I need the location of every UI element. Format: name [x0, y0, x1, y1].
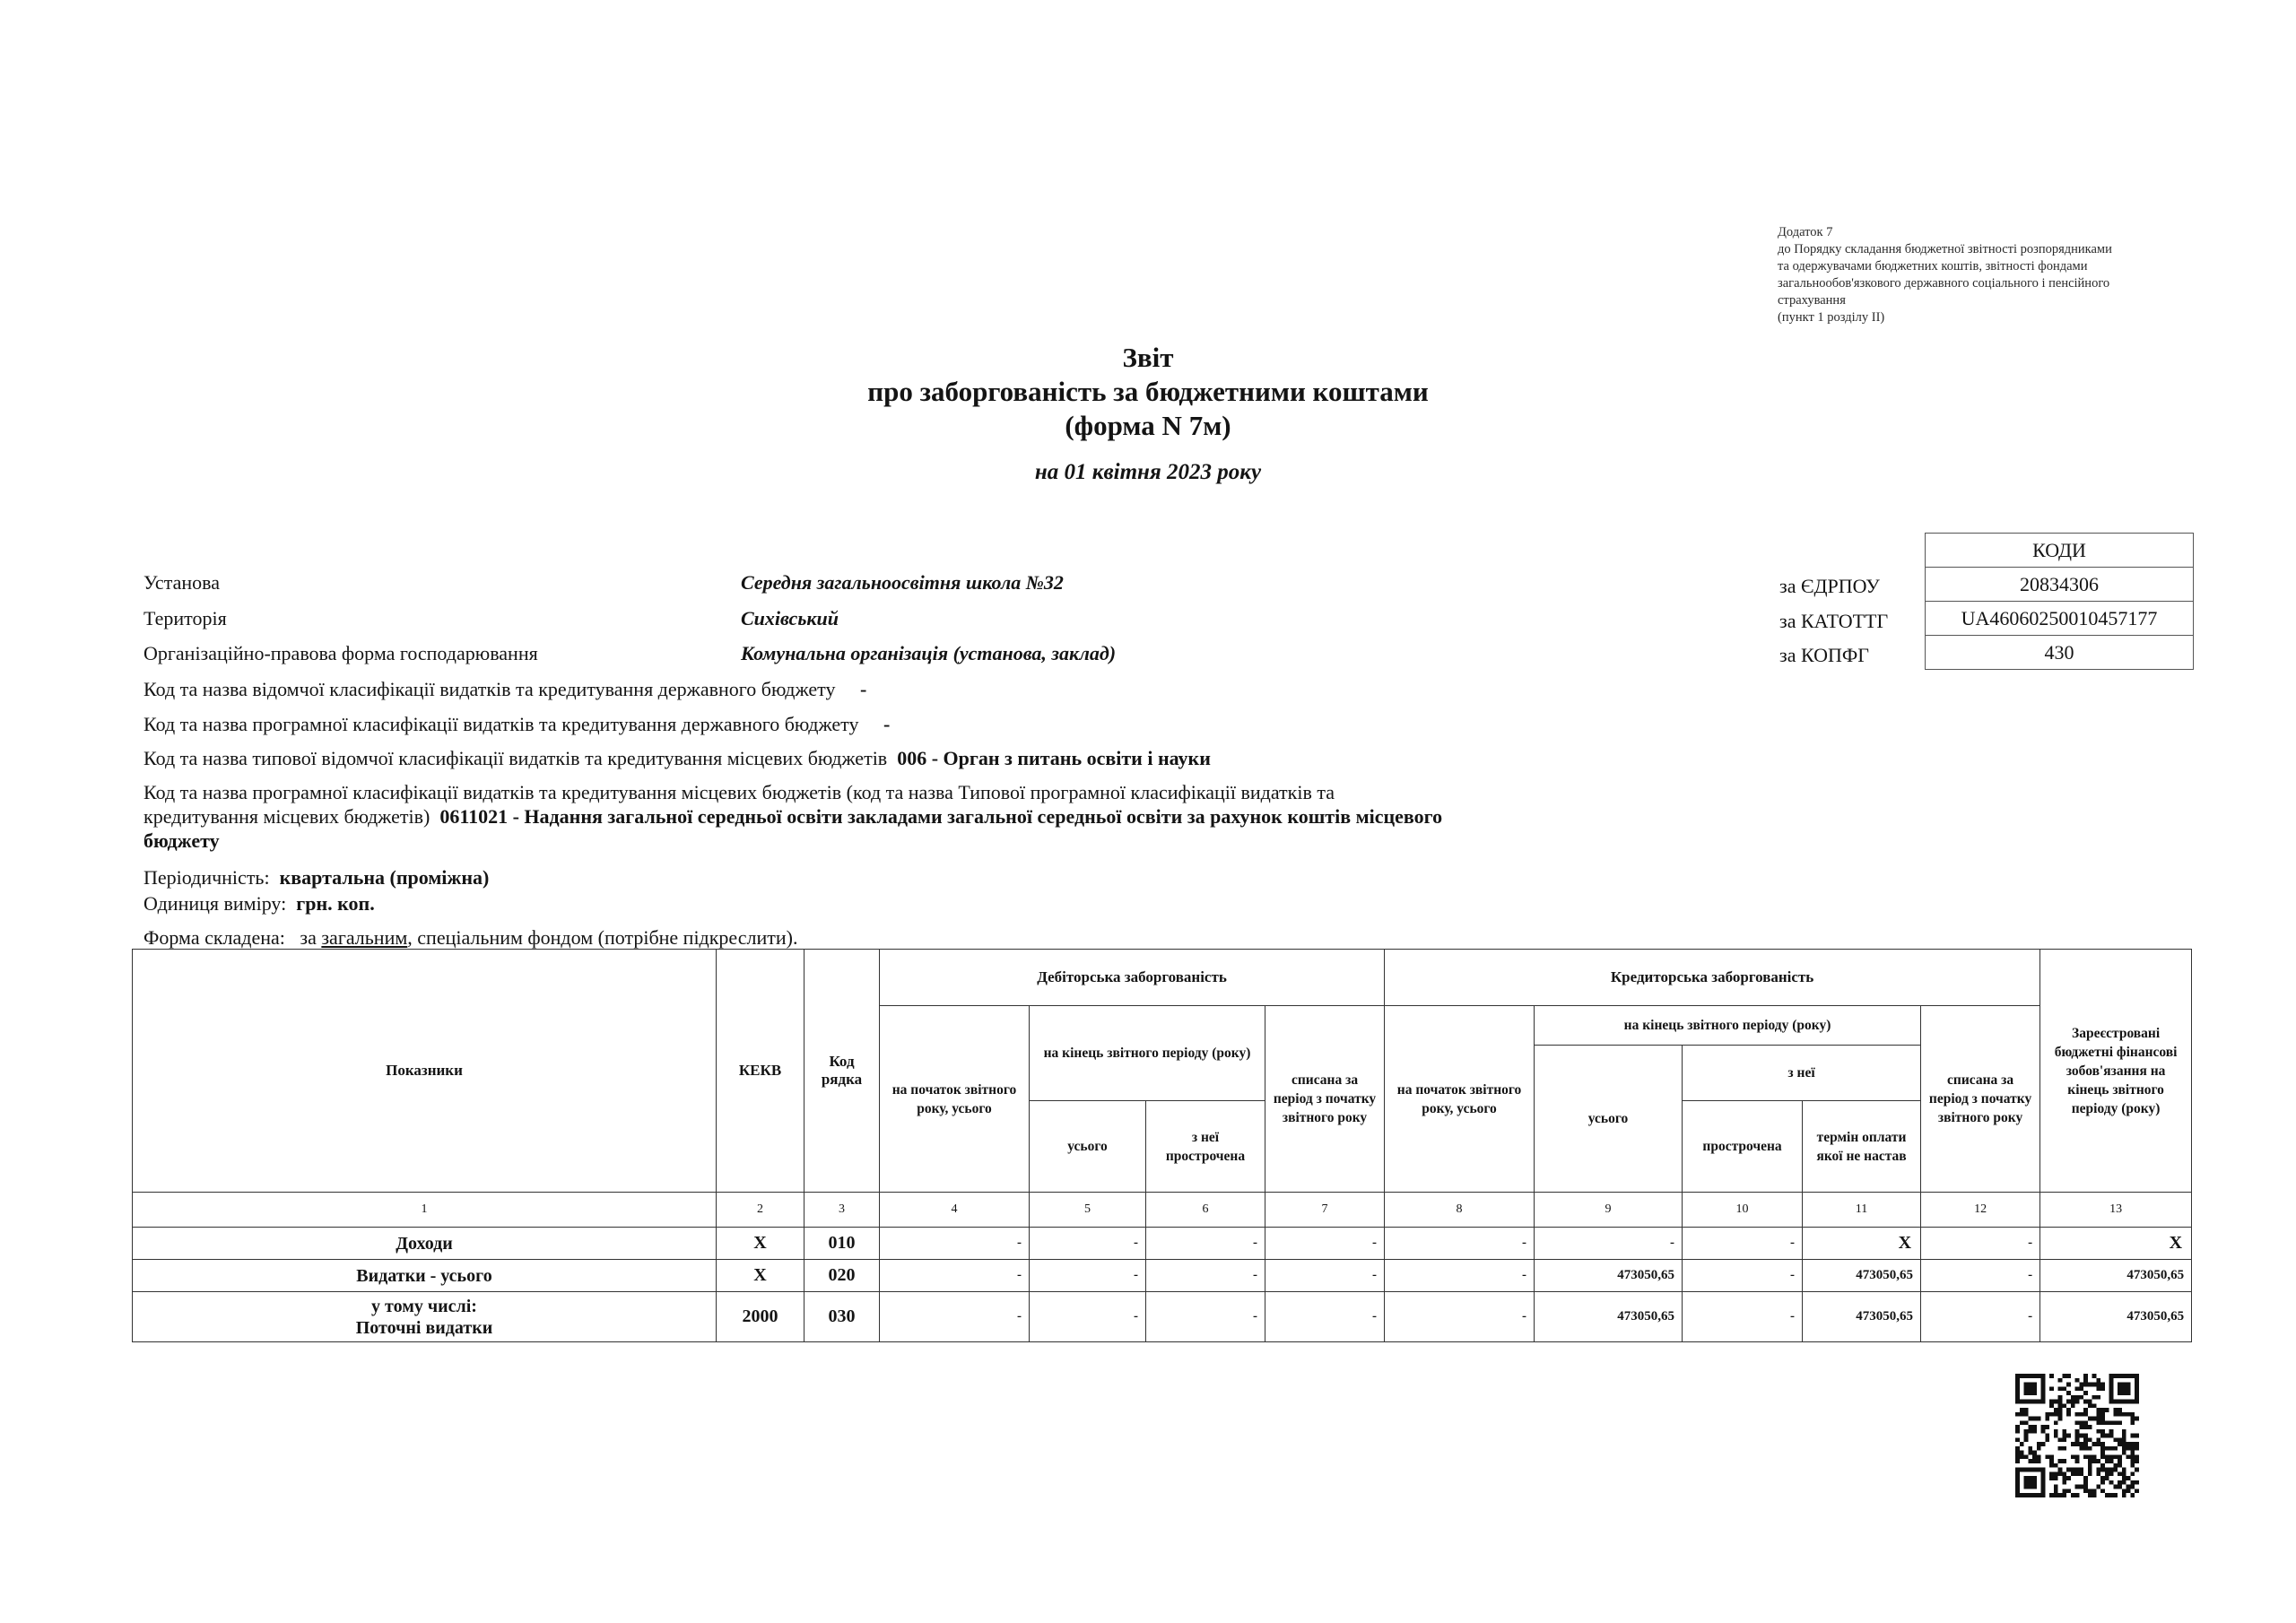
row-value: -	[880, 1260, 1030, 1292]
prog-class-state-label: Код та назва програмної класифікації вид…	[143, 713, 858, 735]
header-credit-start: на початок звітного року, усього	[1385, 1006, 1535, 1193]
institution-name: Середня загальноосвітня школа №32	[741, 571, 1064, 594]
column-number: 4	[880, 1193, 1030, 1228]
row-value: -	[1146, 1260, 1265, 1292]
header-debit-written-off: списана за період з початку звітного рок…	[1265, 1006, 1385, 1193]
row-value: -	[1921, 1260, 2040, 1292]
column-number: 10	[1683, 1193, 1803, 1228]
org-form-value: Комунальна організація (установа, заклад…	[741, 642, 1116, 665]
row-value: 473050,65	[1535, 1260, 1683, 1292]
column-number: 1	[133, 1193, 717, 1228]
header-registered: Зареєстровані бюджетні фінансові зобов'я…	[2040, 950, 2192, 1193]
row-value: -	[1683, 1260, 1803, 1292]
column-number: 3	[804, 1193, 880, 1228]
territory-name: Сихівський	[741, 607, 839, 629]
document-title: Звіт про заборгованість за бюджетними ко…	[0, 341, 2296, 486]
row-kekv: 2000	[717, 1292, 804, 1342]
row-value: X	[1803, 1228, 1921, 1260]
prog-class-local-value-1: 0611021 - Надання загальної середньої ос…	[439, 805, 1442, 828]
row-value: -	[1146, 1292, 1265, 1342]
column-number: 6	[1146, 1193, 1265, 1228]
fund-form-rest: , спеціальним фондом (потрібне підкресли…	[407, 926, 797, 949]
code-label-edrpou: за ЄДРПОУ	[1779, 575, 1880, 598]
prog-class-state-value: -	[883, 713, 890, 735]
header-row-code: Код рядка	[804, 950, 880, 1193]
column-number: 12	[1921, 1193, 2040, 1228]
unit-value: грн. коп.	[296, 892, 374, 915]
header-credit-end: на кінець звітного періоду (року)	[1535, 1006, 1921, 1046]
code-kopfg: 430	[1926, 636, 2194, 670]
institution-label: Установа	[143, 571, 220, 595]
row-indicator: у тому числі:Поточні видатки	[133, 1292, 717, 1342]
dept-class-local-value: 006 - Орган з питань освіти і науки	[897, 747, 1211, 769]
row-indicator-text: Доходи	[138, 1233, 710, 1254]
row-value: 473050,65	[1803, 1292, 1921, 1342]
row-value: -	[1030, 1228, 1146, 1260]
row-value: -	[1385, 1292, 1535, 1342]
header-debit-end-total: усього	[1030, 1101, 1146, 1193]
table-row: Видатки - усьогоX020-----473050,65-47305…	[133, 1260, 2192, 1292]
row-value: -	[1921, 1292, 2040, 1342]
dept-class-state: Код та назва відомчої класифікації видат…	[143, 678, 866, 701]
periodicity: Періодичність: квартальна (проміжна)	[143, 866, 489, 890]
column-number: 7	[1265, 1193, 1385, 1228]
row-value: -	[1265, 1260, 1385, 1292]
row-code: 030	[804, 1292, 880, 1342]
row-value: -	[1385, 1260, 1535, 1292]
row-kekv: X	[717, 1260, 804, 1292]
prog-class-local-line-3: бюджету	[143, 829, 220, 853]
prog-class-local-line-2: кредитування місцевих бюджетів) 0611021 …	[143, 805, 1442, 829]
codes-table: КОДИ 20834306 UA46060250010457177 430	[1925, 533, 2194, 670]
row-value: -	[1265, 1228, 1385, 1260]
table-row: у тому числі:Поточні видатки2000030-----…	[133, 1292, 2192, 1342]
row-value: -	[1265, 1292, 1385, 1342]
appendix-line: страхування	[1778, 292, 2208, 309]
row-value: -	[1683, 1228, 1803, 1260]
column-number: 8	[1385, 1193, 1535, 1228]
code-label-katottg: за КАТОТТГ	[1779, 610, 1888, 633]
row-indicator: Доходи	[133, 1228, 717, 1260]
fund-general: загальним	[321, 926, 407, 949]
header-debit-start: на початок звітного року, усього	[880, 1006, 1030, 1193]
prog-class-local-label-1: Код та назва програмної класифікації вид…	[143, 781, 1335, 804]
prog-class-local-value-2: бюджету	[143, 829, 220, 852]
fund-form: Форма складена: за загальним, спеціальни…	[143, 926, 797, 950]
header-credit-overdue: прострочена	[1683, 1101, 1803, 1193]
column-number: 11	[1803, 1193, 1921, 1228]
row-value: -	[880, 1228, 1030, 1260]
row-indicator-text: Видатки - усього	[138, 1265, 710, 1287]
column-number: 9	[1535, 1193, 1683, 1228]
column-numbers-row: 12345678910111213	[133, 1193, 2192, 1228]
title-line-1: Звіт	[0, 341, 2296, 375]
appendix-line: та одержувачами бюджетних коштів, звітно…	[1778, 258, 2208, 275]
codes-header: КОДИ	[1926, 534, 2194, 568]
code-edrpou: 20834306	[1926, 568, 2194, 602]
institution-value: Середня загальноосвітня школа №32	[741, 571, 1064, 595]
periodicity-label: Періодичність:	[143, 866, 270, 889]
territory-label: Територія	[143, 607, 227, 630]
row-code: 020	[804, 1260, 880, 1292]
row-code: 010	[804, 1228, 880, 1260]
qr-code-icon	[2015, 1374, 2139, 1497]
header-credit-written-off: списана за період з початку звітного рок…	[1921, 1006, 2040, 1193]
table-row: ДоходиX010-------X-X	[133, 1228, 2192, 1260]
header-debit: Дебіторська заборгованість	[880, 950, 1385, 1006]
row-value: -	[1921, 1228, 2040, 1260]
column-number: 5	[1030, 1193, 1146, 1228]
header-indicators: Показники	[133, 950, 717, 1193]
dept-class-state-label: Код та назва відомчої класифікації видат…	[143, 678, 835, 700]
row-kekv: X	[717, 1228, 804, 1260]
row-value: -	[1535, 1228, 1683, 1260]
column-number: 13	[2040, 1193, 2192, 1228]
row-value: 473050,65	[1535, 1292, 1683, 1342]
title-line-2: про заборгованість за бюджетними коштами	[0, 375, 2296, 409]
appendix-line: (пункт 1 розділу II)	[1778, 309, 2208, 326]
header-credit-end-total: усього	[1535, 1046, 1683, 1193]
row-value: -	[1146, 1228, 1265, 1260]
report-date: на 01 квітня 2023 року	[0, 459, 2296, 486]
header-kekv: КЕКВ	[717, 950, 804, 1193]
row-indicator-text-2: Поточні видатки	[138, 1317, 710, 1339]
row-indicator-text: у тому числі:	[138, 1296, 710, 1317]
row-value: -	[1030, 1260, 1146, 1292]
row-value: -	[1385, 1228, 1535, 1260]
title-form-number: (форма N 7м)	[0, 409, 2296, 443]
dept-class-local-label: Код та назва типової відомчої класифікац…	[143, 747, 887, 769]
org-form-name: Комунальна організація (установа, заклад…	[741, 642, 1116, 664]
header-credit-of-which: з неї	[1683, 1046, 1921, 1101]
code-katottg: UA46060250010457177	[1926, 602, 2194, 636]
debt-table: Показники КЕКВ Код рядка Дебіторська заб…	[132, 949, 2192, 1342]
row-value: -	[1030, 1292, 1146, 1342]
row-value: -	[880, 1292, 1030, 1342]
appendix-line: загальнообов'язкового державного соціаль…	[1778, 275, 2208, 292]
unit: Одиниця виміру: грн. коп.	[143, 892, 375, 916]
unit-label: Одиниця виміру:	[143, 892, 286, 915]
row-value: -	[1683, 1292, 1803, 1342]
fund-form-label: Форма складена:	[143, 926, 285, 949]
appendix-note: Додаток 7 до Порядку складання бюджетної…	[1778, 224, 2208, 326]
column-number: 2	[717, 1193, 804, 1228]
periodicity-value: квартальна (проміжна)	[280, 866, 490, 889]
prog-class-local-label-2: кредитування місцевих бюджетів)	[143, 805, 430, 828]
row-value: 473050,65	[1803, 1260, 1921, 1292]
row-value: 473050,65	[2040, 1260, 2192, 1292]
header-credit: Кредиторська заборгованість	[1385, 950, 2040, 1006]
header-debit-end: на кінець звітного періоду (року)	[1030, 1006, 1265, 1101]
dept-class-local: Код та назва типової відомчої класифікац…	[143, 747, 1211, 770]
territory-value: Сихівський	[741, 607, 839, 630]
appendix-line: Додаток 7	[1778, 224, 2208, 241]
appendix-line: до Порядку складання бюджетної звітності…	[1778, 241, 2208, 258]
code-label-kopfg: за КОПФГ	[1779, 644, 1869, 667]
row-value: 473050,65	[2040, 1292, 2192, 1342]
dept-class-state-value: -	[860, 678, 866, 700]
org-form-label: Організаційно-правова форма господарюван…	[143, 642, 538, 665]
header-debit-end-overdue: з неї прострочена	[1146, 1101, 1265, 1193]
fund-form-prefix: за	[300, 926, 316, 949]
header-credit-not-due: термін оплати якої не настав	[1803, 1101, 1921, 1193]
prog-class-state: Код та назва програмної класифікації вид…	[143, 713, 890, 736]
row-indicator: Видатки - усього	[133, 1260, 717, 1292]
row-value: X	[2040, 1228, 2192, 1260]
